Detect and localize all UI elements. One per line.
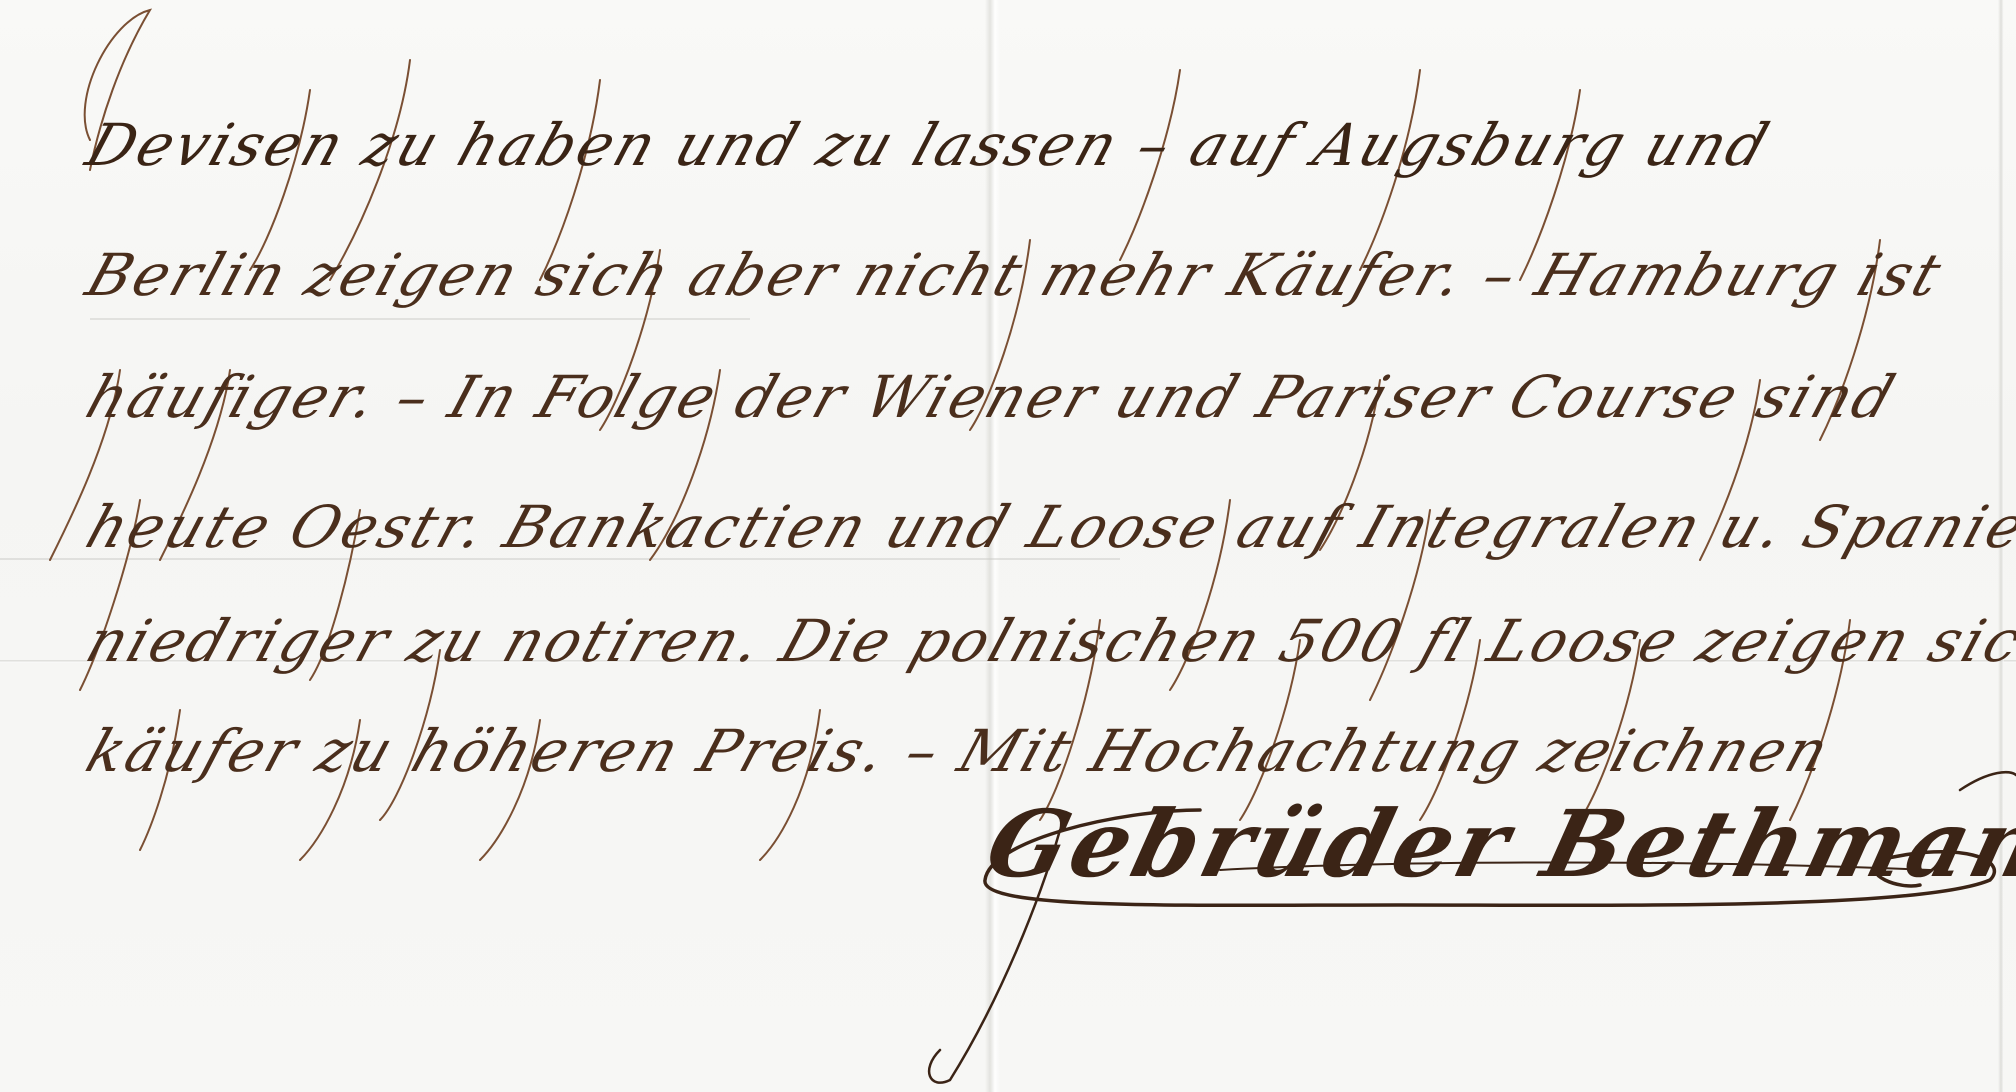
letter-line-2: Berlin zeigen sich aber nicht mehr Käufe… bbox=[80, 246, 1950, 304]
faint-rule bbox=[90, 318, 750, 320]
signature: Gebrüder Bethmann bbox=[977, 790, 2016, 898]
letter-line-5: niedriger zu notiren. Die polnischen 500… bbox=[80, 612, 2016, 670]
letter-line-1: Devisen zu haben und zu lassen – auf Aug… bbox=[80, 116, 1778, 174]
letter-line-6: käufer zu höheren Preis. – Mit Hochachtu… bbox=[80, 722, 1838, 780]
letter-line-3: häufiger. – In Folge der Wiener und Pari… bbox=[80, 368, 1904, 426]
letter-line-4: heute Oestr. Bankactien und Loose auf In… bbox=[80, 498, 2016, 556]
letter-page: Devisen zu haben und zu lassen – auf Aug… bbox=[0, 0, 2016, 1092]
